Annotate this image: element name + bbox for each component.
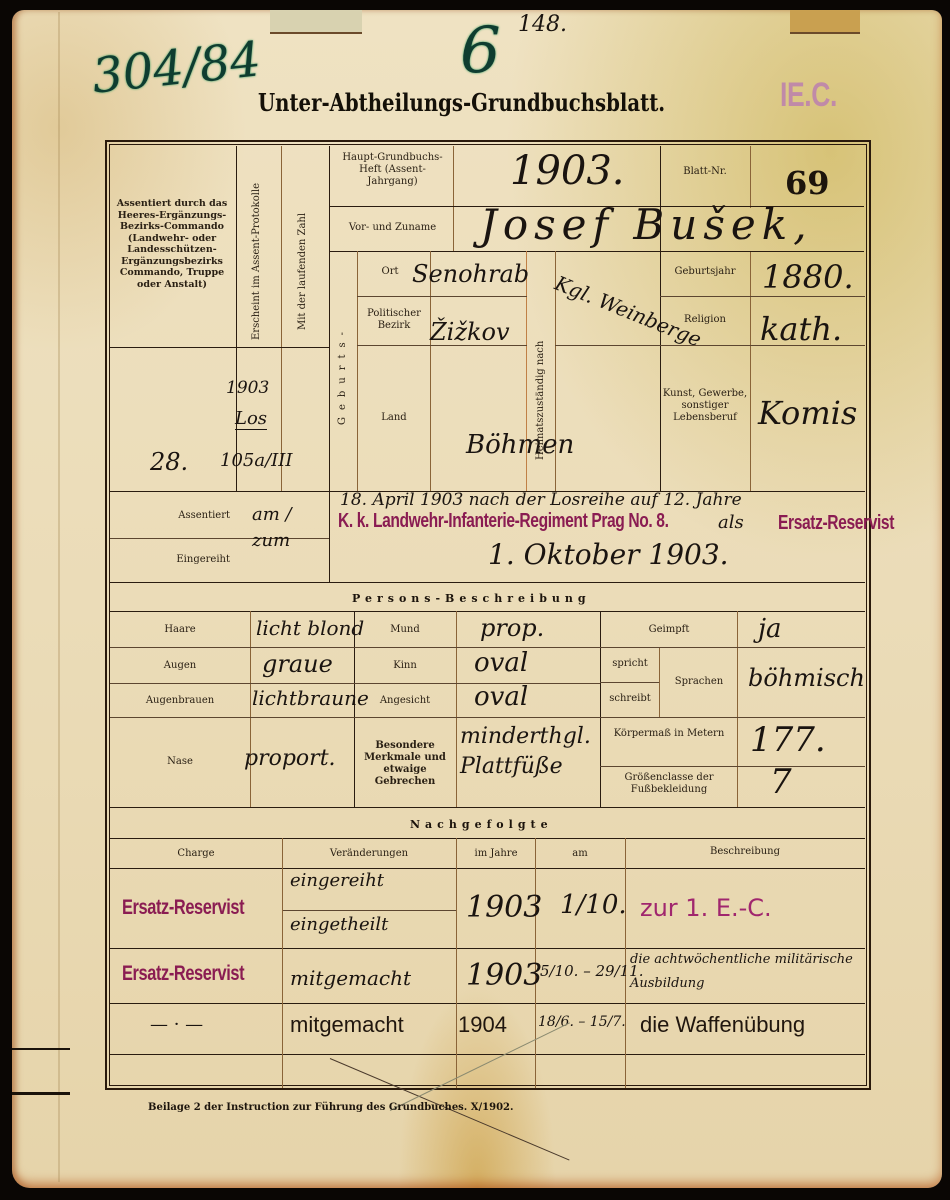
religion-value: kath. <box>760 310 842 348</box>
divider <box>236 146 237 491</box>
protokoll-year: 1903 <box>226 378 269 398</box>
angesicht-value: oval <box>474 682 528 712</box>
stamp-iec: IE.C. <box>780 76 837 115</box>
divider <box>110 807 865 808</box>
charge-stamp: Ersatz-Reservist <box>778 512 894 535</box>
koerpermass-label: Körpermaß in Metern <box>602 728 736 740</box>
divider <box>110 1003 865 1004</box>
divider <box>600 766 865 767</box>
page-title: Unter-Abtheilungs-Grundbuchsblatt. <box>258 88 665 117</box>
divider <box>110 717 600 718</box>
page-fold-line <box>58 12 60 1182</box>
bezirk-label: Politischer Bezirk <box>360 308 428 332</box>
row3-date: 18/6. – 15/7. <box>538 1014 626 1030</box>
divider <box>600 611 601 807</box>
divider <box>555 345 660 346</box>
row1-change-a: eingereiht <box>290 870 384 891</box>
divider <box>600 647 865 648</box>
row2-change-a: mitgemacht <box>290 966 411 990</box>
col-veraenderungen: Veränderungen <box>284 848 454 860</box>
divider <box>456 838 457 1088</box>
name-label: Vor- und Zuname <box>335 222 450 234</box>
mund-value: prop. <box>480 614 544 642</box>
divider <box>329 251 864 252</box>
geburtsjahr-value: 1880. <box>762 258 854 296</box>
assent-text: 18. April 1903 nach der Losreihe auf 12.… <box>340 490 742 510</box>
beruf-value: Komis <box>758 394 857 432</box>
protokoll-number: 28. <box>150 448 188 476</box>
eingereiht-text: 1. Oktober 1903. <box>488 538 729 571</box>
row3-charge: — · — <box>150 1014 203 1035</box>
row1-date: 1/10. <box>560 890 627 920</box>
divider <box>250 611 251 807</box>
sprachen-label: Sprachen <box>662 676 736 688</box>
religion-label: Religion <box>662 314 748 326</box>
divider <box>282 910 456 911</box>
row1-change-b: eingetheilt <box>290 914 388 935</box>
laufende-zahl-label: Mit der laufenden Zahl <box>297 190 308 330</box>
paper-tab-right <box>790 10 860 34</box>
augen-label: Augen <box>112 660 248 672</box>
beruf-label: Kunst, Gewerbe, sonstiger Lebensberuf <box>662 388 748 424</box>
spricht-label: spricht <box>602 658 658 670</box>
under-page-line <box>12 1092 70 1095</box>
row2-charge: Ersatz-Reservist <box>122 962 244 986</box>
divider <box>110 347 329 348</box>
divider <box>750 251 751 491</box>
land-value: Böhmen <box>466 430 574 460</box>
divider <box>660 296 865 297</box>
footer-note: Beilage 2 der Instruction zur Führung de… <box>148 1102 514 1113</box>
divider <box>600 682 659 683</box>
nase-value: proport. <box>244 746 336 771</box>
angesicht-label: Angesicht <box>356 695 454 707</box>
geimpft-label: Geimpft <box>602 624 736 636</box>
row3-year: 1904 <box>458 1012 507 1038</box>
row1-desc: zur 1. E.-C. <box>640 894 772 922</box>
kinn-label: Kinn <box>356 660 454 672</box>
augenbrauen-value: lichtbraune <box>252 686 369 710</box>
assentiert-durch-label: Assentiert durch das Heeres-Ergänzungs-B… <box>112 198 232 290</box>
geimpft-value: ja <box>758 614 782 644</box>
row2-year: 1903 <box>466 958 542 993</box>
haare-label: Haare <box>112 624 248 636</box>
laufende-zahl-value: 105a/III <box>220 450 292 471</box>
protokoll-los: Los <box>235 408 267 430</box>
col-jahr: im Jahre <box>458 848 534 860</box>
changes-section-title: Nachgefolgte <box>410 818 553 831</box>
ort-value: Senohrab <box>412 260 529 288</box>
divider <box>750 146 751 208</box>
koerpermass-value: 177. <box>750 720 826 760</box>
divider <box>357 251 358 491</box>
divider <box>110 838 865 839</box>
row2-desc: die achtwöchentliche militärische Ausbil… <box>630 948 860 996</box>
als-text: als <box>718 512 744 533</box>
erscheint-label: Erscheint im Assent-Protokolle <box>251 170 262 340</box>
divider <box>110 611 865 612</box>
ort-label: Ort <box>360 266 420 278</box>
merkmale-label: Besondere Merkmale und etwaige Gebrechen <box>356 740 454 788</box>
archive-digit: 6 <box>460 14 501 88</box>
heimat-label: Heimatszuständig nach <box>535 300 546 460</box>
sprachen-value: böhmisch <box>748 664 865 692</box>
name-value: Josef Bušek, <box>480 200 813 249</box>
row3-desc: die Waffenübung <box>640 1012 805 1038</box>
col-charge: Charge <box>112 848 280 860</box>
row3-change-a: mitgemacht <box>290 1012 404 1038</box>
blatt-label: Blatt-Nr. <box>662 166 748 178</box>
row2-date: 5/10. – 29/11. <box>540 962 643 980</box>
row1-year: 1903 <box>466 890 542 925</box>
description-section-title: Persons-Beschreibung <box>352 592 591 605</box>
assentiert-label: Assentiert <box>150 510 230 522</box>
divider <box>600 717 865 718</box>
augen-value: graue <box>262 650 333 678</box>
haare-value: licht blond <box>256 616 364 640</box>
fussbekleidung-value: 7 <box>770 762 792 802</box>
divider <box>453 146 454 251</box>
land-label: Land <box>360 412 428 424</box>
kinn-value: oval <box>474 648 528 678</box>
under-page-line <box>12 1048 70 1050</box>
mund-label: Mund <box>356 624 454 636</box>
fussbekleidung-label: Größenclasse der Fußbekleidung <box>602 772 736 796</box>
divider <box>357 296 527 297</box>
eingereiht-label: Eingereiht <box>150 554 230 566</box>
nase-label: Nase <box>112 756 248 768</box>
divider <box>110 868 865 869</box>
pencil-number: 148. <box>518 12 567 37</box>
divider <box>659 647 660 717</box>
col-beschreibung: Beschreibung <box>627 846 863 858</box>
bezirk-value: Žižkov <box>430 318 510 346</box>
am-zum: am / zum <box>252 502 322 554</box>
divider <box>282 838 283 1088</box>
hauptgrundbuch-value: 1903. <box>510 148 625 194</box>
paper-tab-left <box>270 10 362 34</box>
geburtsjahr-label: Geburtsjahr <box>662 266 748 278</box>
regiment-stamp: K. k. Landwehr-Infanterie-Regiment Prag … <box>338 510 669 533</box>
col-am: am <box>537 848 623 860</box>
divider <box>456 611 457 807</box>
divider <box>110 582 865 583</box>
merkmale-value: minderthgl. Plattfüße <box>460 722 600 782</box>
divider <box>281 146 282 491</box>
geburts-label: Geburts- <box>337 325 348 425</box>
schreibt-label: schreibt <box>602 693 658 705</box>
divider <box>329 146 330 583</box>
hauptgrundbuch-label: Haupt-Grundbuchs-Heft (Assent-Jahrgang) <box>335 152 450 188</box>
augenbrauen-label: Augenbrauen <box>112 695 248 707</box>
divider <box>737 611 738 807</box>
divider <box>110 1054 865 1055</box>
row1-charge: Ersatz-Reservist <box>122 896 244 920</box>
blatt-number: 69 <box>785 164 830 202</box>
